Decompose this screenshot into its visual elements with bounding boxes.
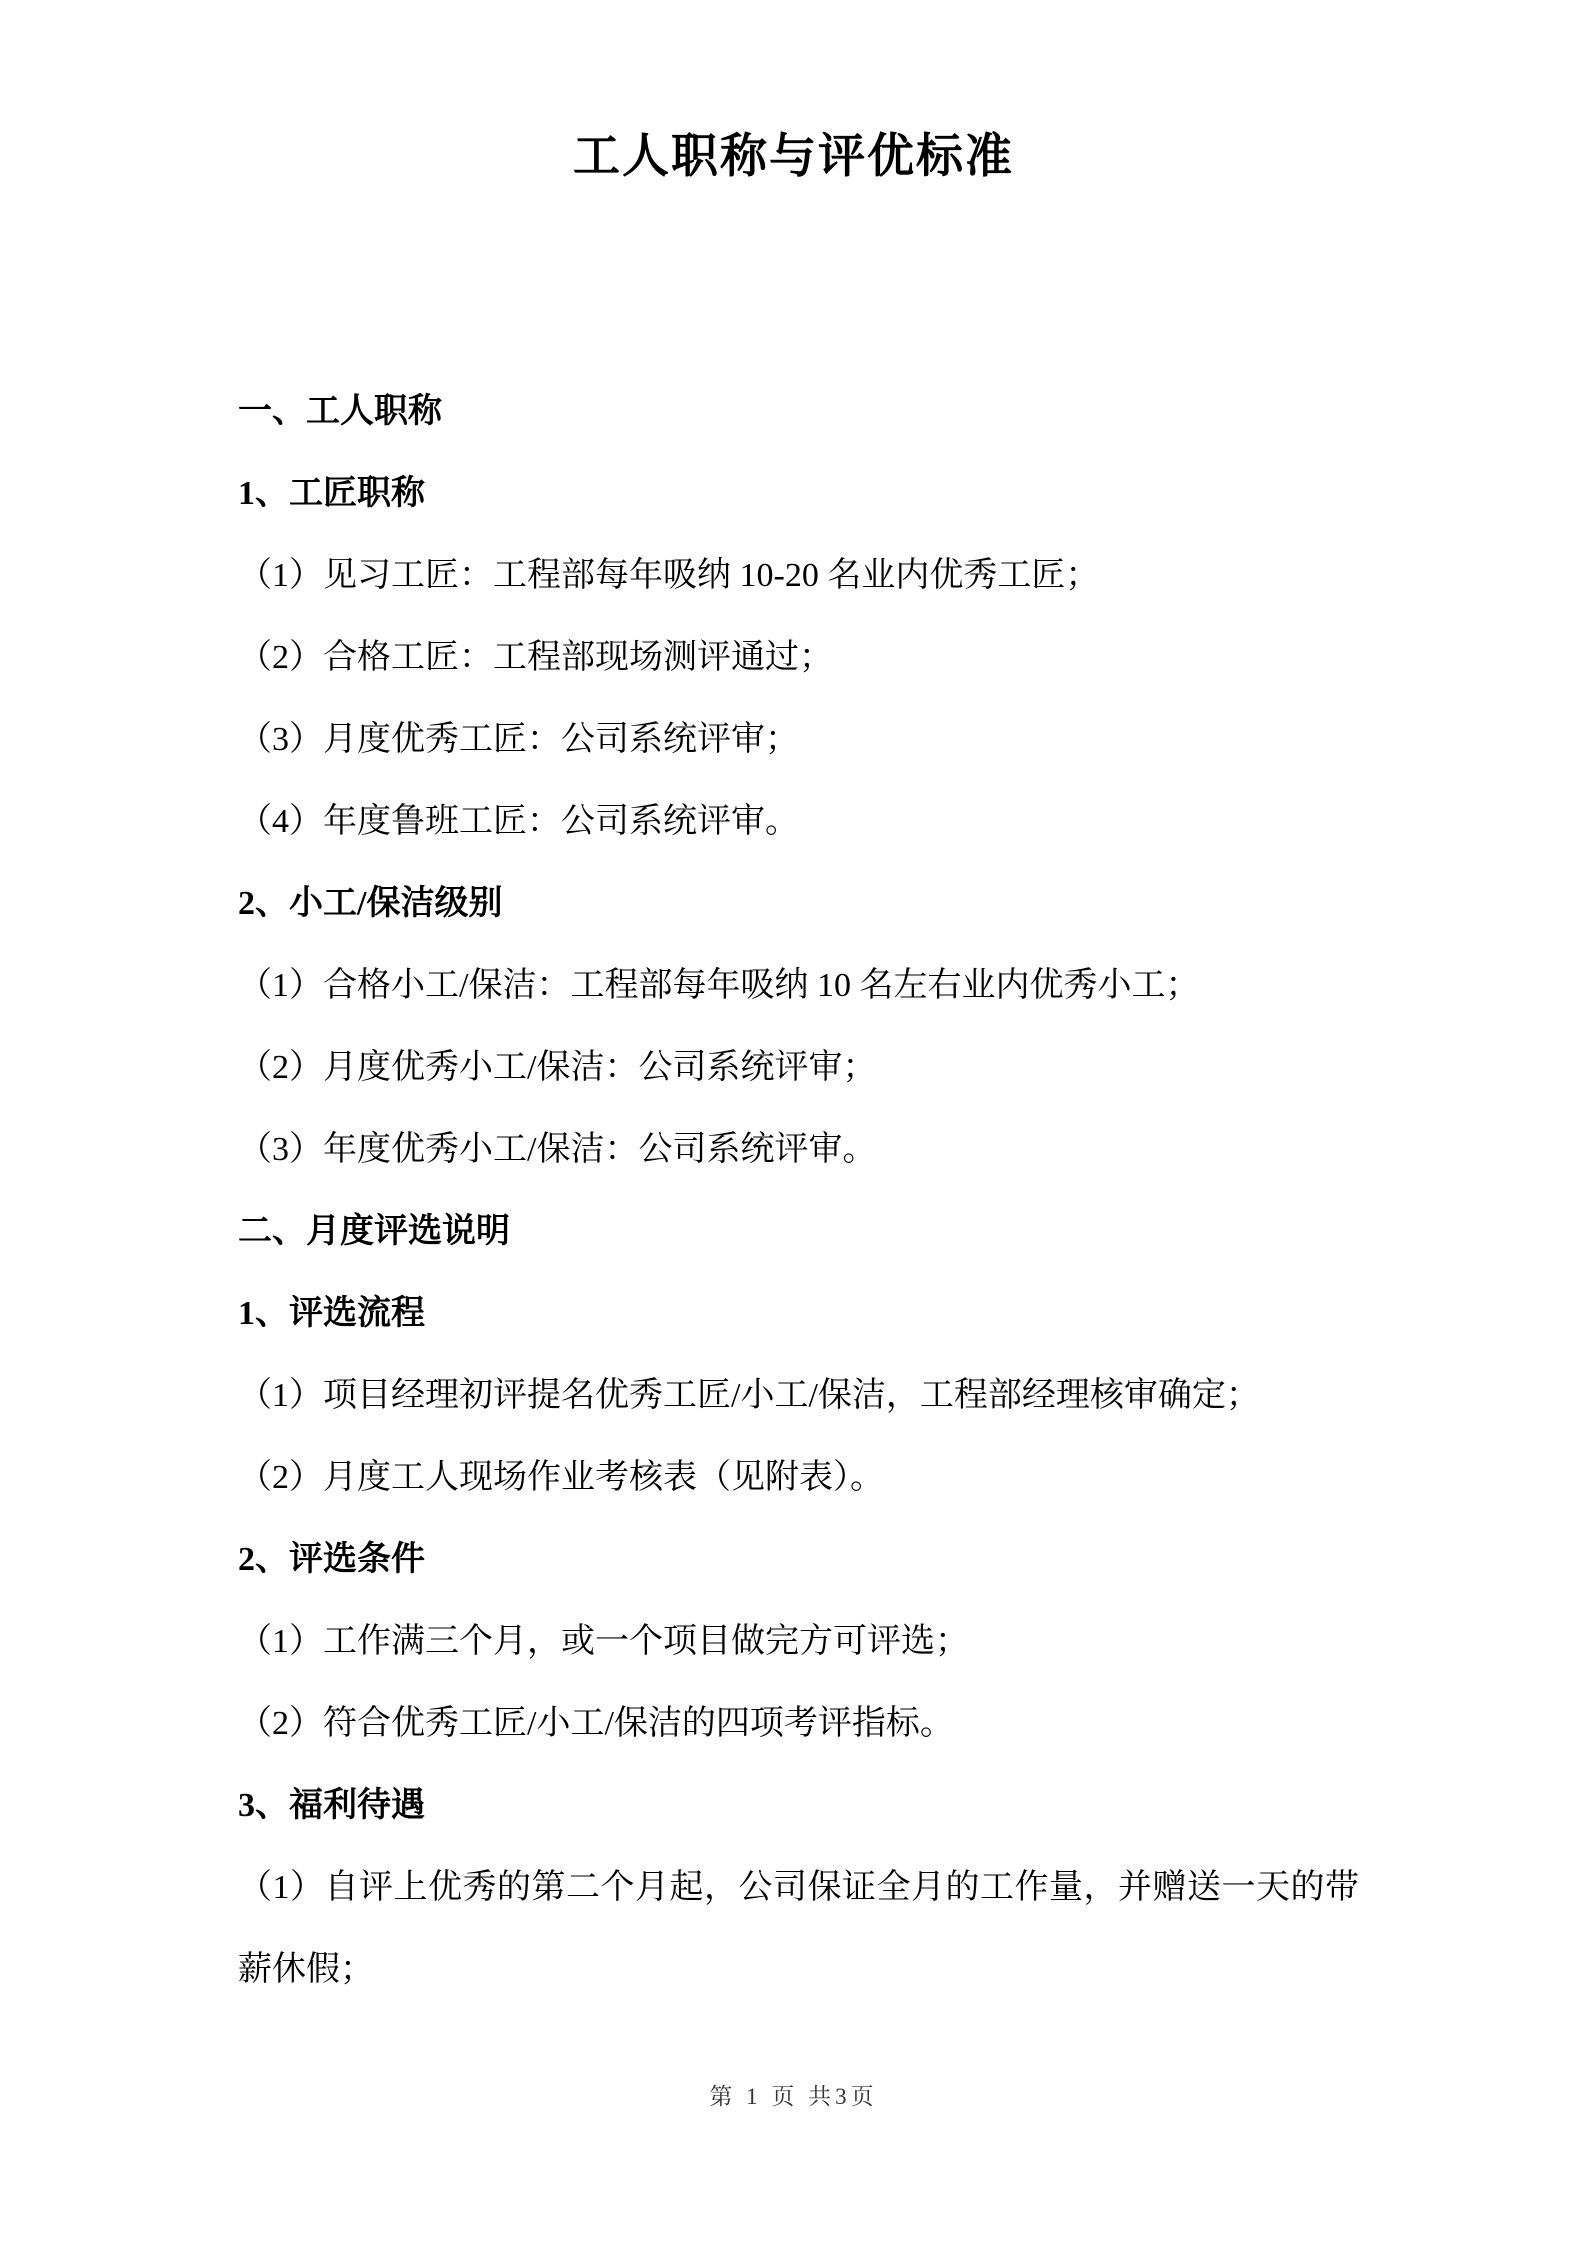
- list-item: （1）工作满三个月，或一个项目做完方可评选；: [238, 1601, 1359, 1683]
- list-item: （1）项目经理初评提名优秀工匠/小工/保洁，工程部经理核审确定；: [238, 1355, 1359, 1437]
- list-item: （1）自评上优秀的第二个月起，公司保证全月的工作量，并赠送一天的带薪休假；: [238, 1847, 1359, 2011]
- sub-heading: 2、小工/保洁级别: [238, 863, 1359, 945]
- sub-heading: 2、评选条件: [238, 1519, 1359, 1601]
- list-item: （2）符合优秀工匠/小工/保洁的四项考评指标。: [238, 1683, 1359, 1765]
- doc-body: 一、工人职称 1、工匠职称 （1）见习工匠：工程部每年吸纳 10-20 名业内优…: [238, 371, 1359, 2011]
- section-heading: 二、月度评选说明: [238, 1191, 1359, 1273]
- document-page: 工人职称与评优标准 一、工人职称 1、工匠职称 （1）见习工匠：工程部每年吸纳 …: [0, 0, 1587, 2245]
- sub-heading: 1、工匠职称: [238, 453, 1359, 535]
- list-item: （2）月度工人现场作业考核表（见附表）。: [238, 1437, 1359, 1519]
- list-item: （2）合格工匠：工程部现场测评通过；: [238, 617, 1359, 699]
- list-item: （3）月度优秀工匠：公司系统评审；: [238, 699, 1359, 781]
- list-item: （1）合格小工/保洁：工程部每年吸纳 10 名左右业内优秀小工；: [238, 945, 1359, 1027]
- section-heading: 一、工人职称: [238, 371, 1359, 453]
- sub-heading: 3、福利待遇: [238, 1765, 1359, 1847]
- list-item: （2）月度优秀小工/保洁：公司系统评审；: [238, 1027, 1359, 1109]
- sub-heading: 1、评选流程: [238, 1273, 1359, 1355]
- doc-title: 工人职称与评优标准: [0, 0, 1587, 188]
- list-item: （1）见习工匠：工程部每年吸纳 10-20 名业内优秀工匠；: [238, 535, 1359, 617]
- page-footer: 第 1 页 共3页: [0, 2078, 1587, 2111]
- list-item: （4）年度鲁班工匠：公司系统评审。: [238, 781, 1359, 863]
- list-item: （3）年度优秀小工/保洁：公司系统评审。: [238, 1109, 1359, 1191]
